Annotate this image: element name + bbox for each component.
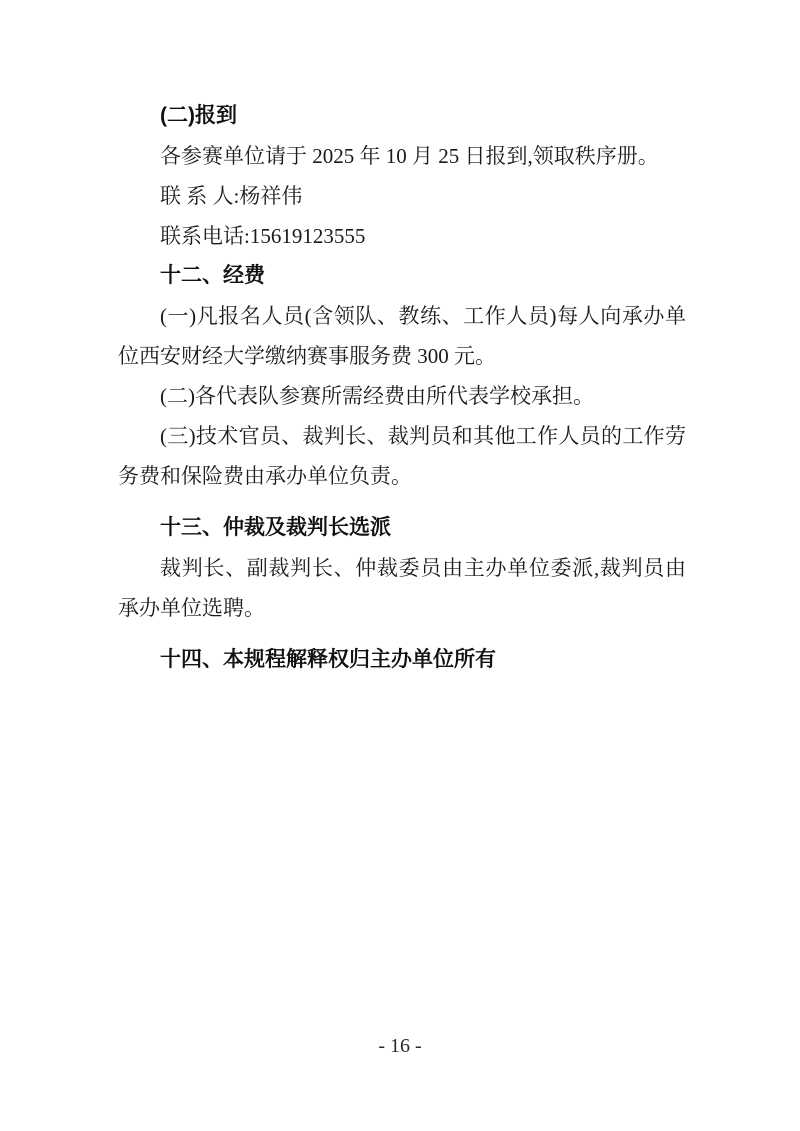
- heading-section-12-funding: 十二、经费: [118, 256, 686, 296]
- heading-section-13-arbitration: 十三、仲裁及裁判长选派: [118, 508, 686, 548]
- page-number: - 16 -: [378, 1035, 421, 1057]
- paragraph-contact-person: 联 系 人:杨祥伟: [118, 176, 686, 216]
- document-page: (二)报到 各参赛单位请于 2025 年 10 月 25 日报到,领取秩序册。 …: [0, 0, 800, 1131]
- paragraph-funding-item-1: (一)凡报名人员(含领队、教练、工作人员)每人向承办单位西安财经大学缴纳赛事服务…: [118, 296, 686, 376]
- paragraph-funding-item-3: (三)技术官员、裁判长、裁判员和其他工作人员的工作劳务费和保险费由承办单位负责。: [118, 416, 686, 496]
- paragraph-check-in-date: 各参赛单位请于 2025 年 10 月 25 日报到,领取秩序册。: [118, 136, 686, 176]
- subheading-check-in: (二)报到: [118, 96, 686, 136]
- document-body: (二)报到 各参赛单位请于 2025 年 10 月 25 日报到,领取秩序册。 …: [0, 0, 800, 680]
- page-footer: - 16 -: [0, 1033, 800, 1059]
- heading-section-14-interpretation: 十四、本规程解释权归主办单位所有: [118, 640, 686, 680]
- paragraph-contact-phone: 联系电话:15619123555: [118, 216, 686, 256]
- paragraph-arbitration-appointment: 裁判长、副裁判长、仲裁委员由主办单位委派,裁判员由承办单位选聘。: [118, 548, 686, 628]
- paragraph-funding-item-2: (二)各代表队参赛所需经费由所代表学校承担。: [118, 376, 686, 416]
